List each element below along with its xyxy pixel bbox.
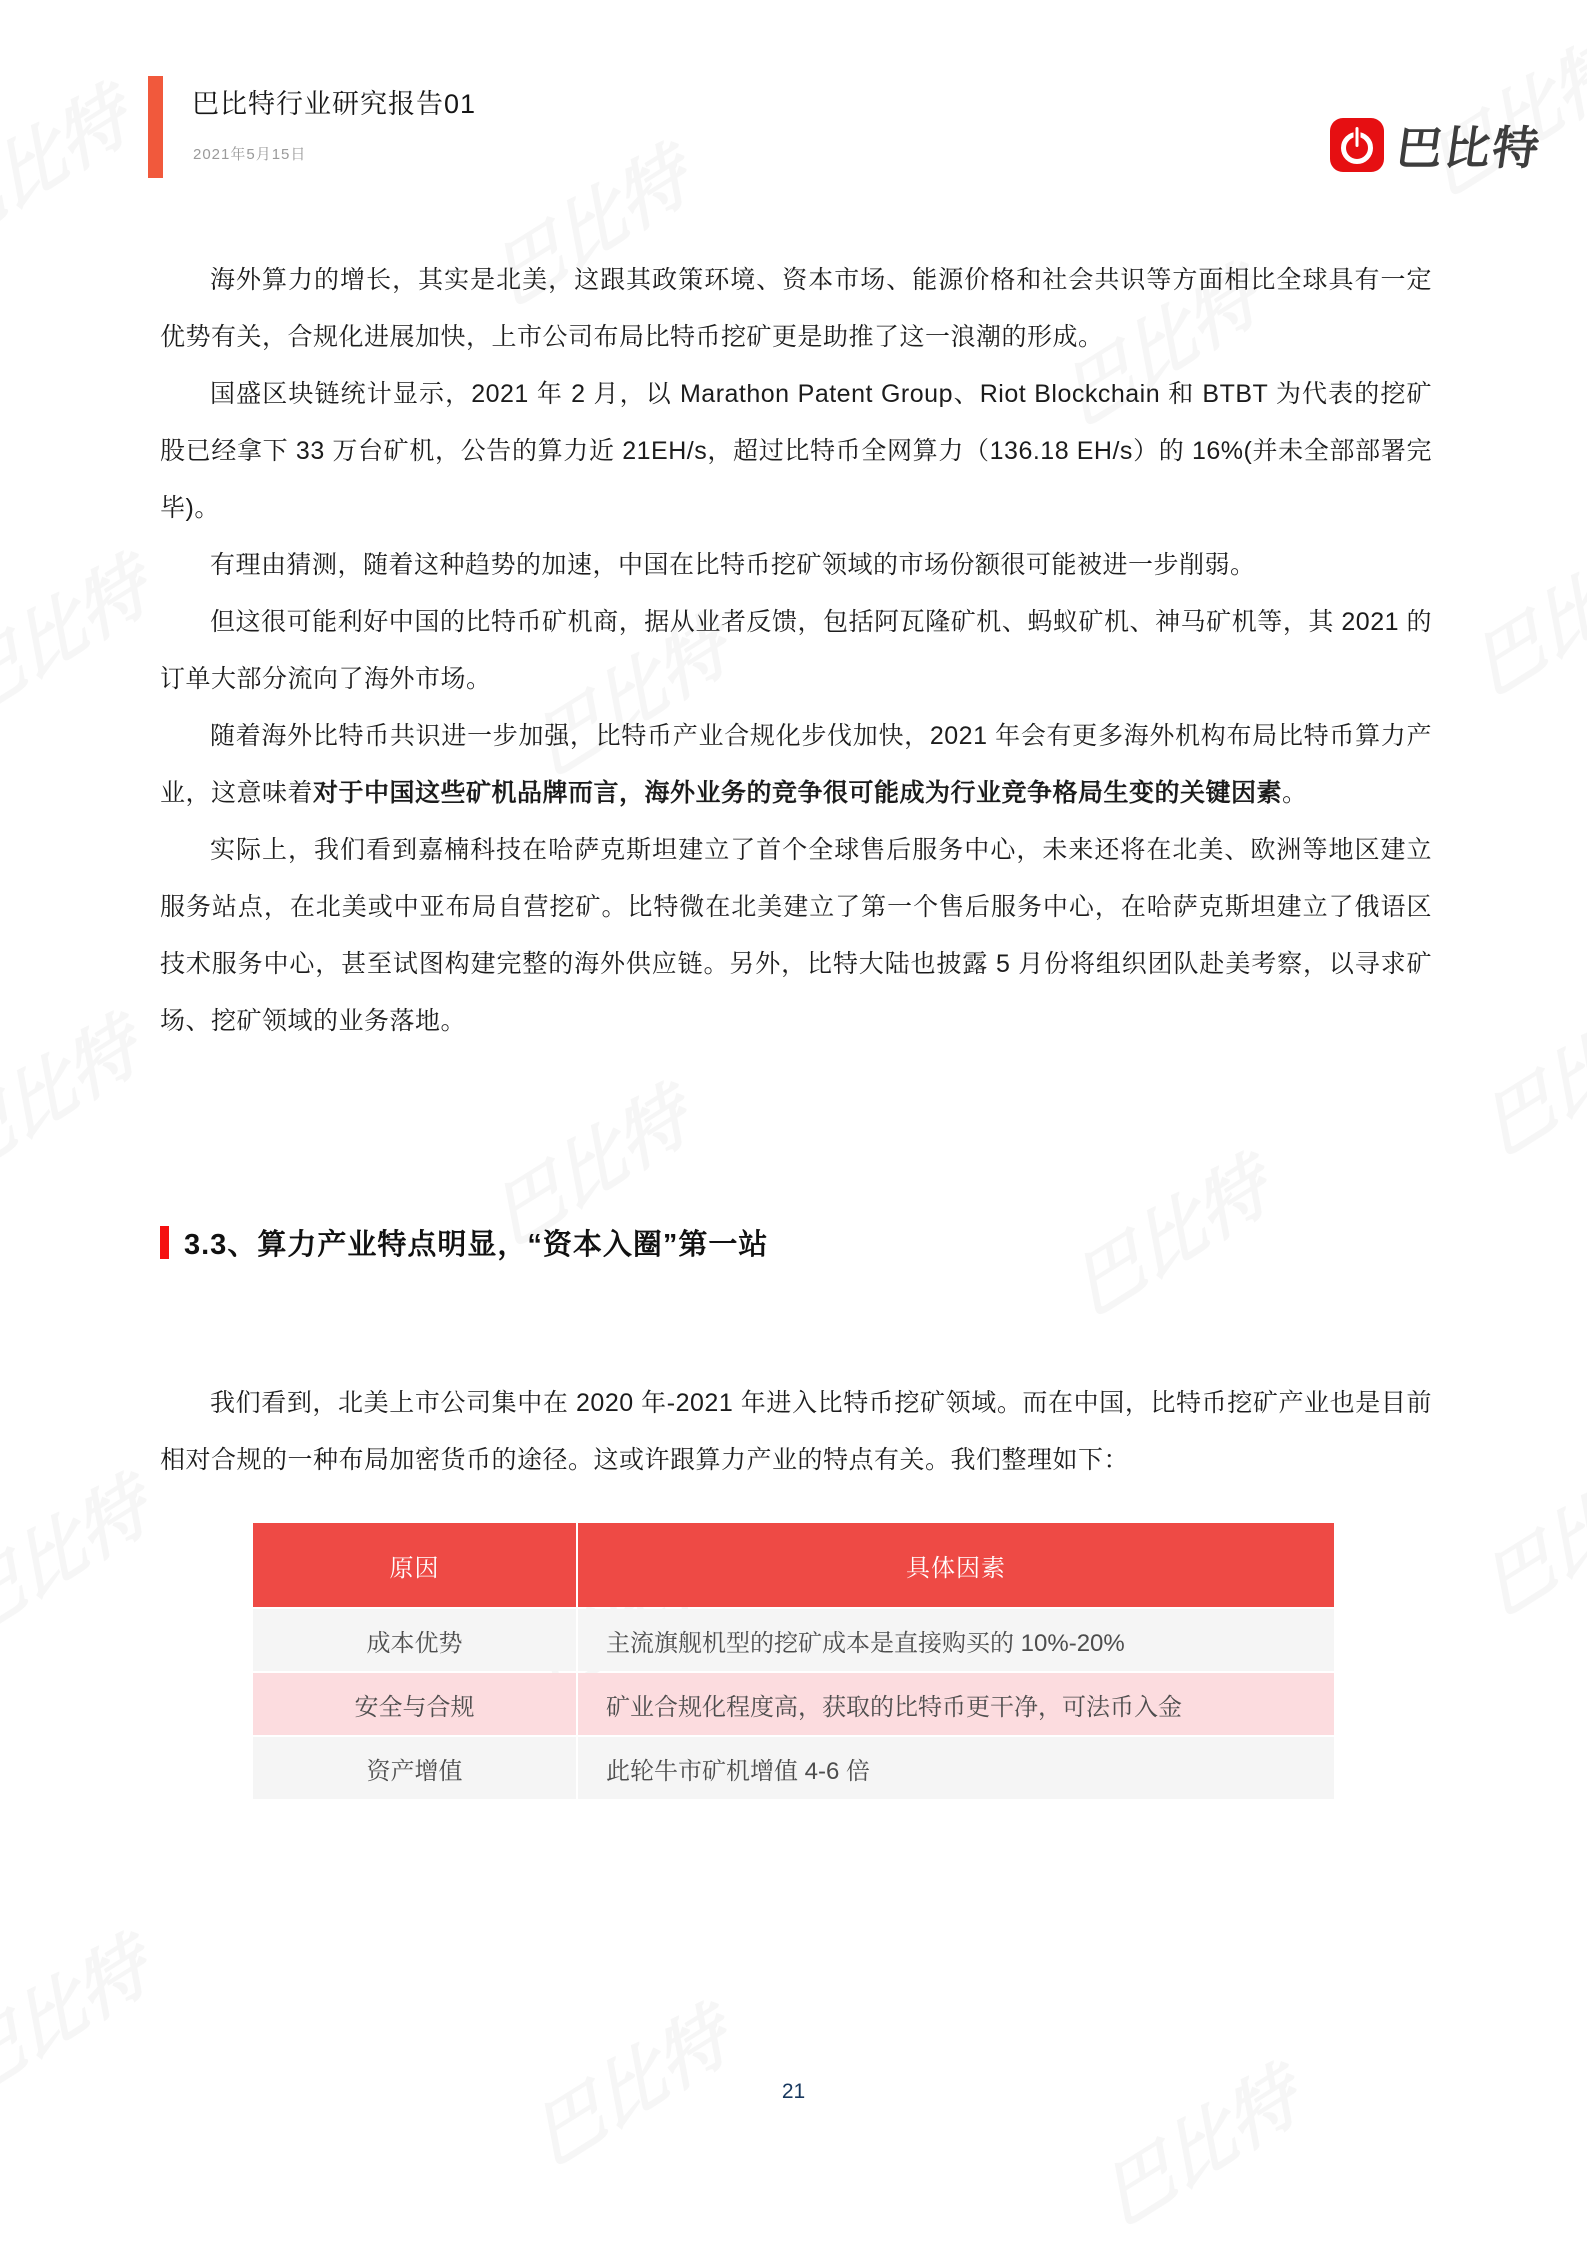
brand-logo: 巴比特	[1329, 112, 1541, 178]
paragraph-bold-text: 对于中国这些矿机品牌而言，海外业务的竞争很可能成为行业竞争格局生变的关键因素	[313, 779, 1282, 807]
section-heading: 3.3、算力产业特点明显，“资本入圈”第一站	[160, 1222, 1432, 1263]
brand-watermark: 巴比特	[0, 57, 141, 267]
brand-watermark: 巴比特	[0, 1447, 161, 1657]
paragraph-text: 。	[1282, 779, 1308, 807]
brand-watermark: 巴比特	[1465, 1427, 1587, 1637]
table-header-factors: 具体因素	[578, 1523, 1334, 1607]
factors-table: 原因 具体因素 成本优势 主流旗舰机型的挖矿成本是直接购买的 10%-20% 安…	[253, 1521, 1334, 1801]
report-title: 巴比特行业研究报告01	[192, 82, 476, 121]
report-date: 2021年5月15日	[193, 143, 306, 164]
table-cell-factor: 主流旗舰机型的挖矿成本是直接购买的 10%-20%	[578, 1609, 1334, 1671]
paragraph: 但这很可能利好中国的比特币矿机商，据从业者反馈，包括阿瓦隆矿机、蚂蚁矿机、神马矿…	[160, 594, 1432, 708]
brand-watermark: 巴比特	[0, 527, 161, 737]
header-accent-bar	[148, 76, 163, 178]
paragraph: 实际上，我们看到嘉楠科技在哈萨克斯坦建立了首个全球售后服务中心，未来还将在北美、…	[160, 822, 1432, 1050]
section-accent-bar	[160, 1226, 169, 1259]
table-header-row: 原因 具体因素	[253, 1523, 1334, 1607]
report-page: { "header": { "title": "巴比特行业研究报告01", "d…	[0, 0, 1587, 2245]
table-cell-factor: 此轮牛市矿机增值 4-6 倍	[578, 1737, 1334, 1799]
brand-watermark: 巴比特	[1085, 2037, 1311, 2245]
table-row: 资产增值 此轮牛市矿机增值 4-6 倍	[253, 1737, 1334, 1799]
table-cell-reason: 资产增值	[253, 1737, 578, 1799]
paragraph: 随着海外比特币共识进一步加强，比特币产业合规化步伐加快，2021 年会有更多海外…	[160, 708, 1432, 822]
document-body: 海外算力的增长，其实是北美，这跟其政策环境、资本市场、能源价格和社会共识等方面相…	[160, 252, 1432, 1801]
brand-logo-text: 巴比特	[1392, 112, 1545, 178]
brand-watermark: 巴比特	[1465, 967, 1587, 1177]
brand-watermark: 巴比特	[0, 987, 151, 1197]
table-cell-reason: 成本优势	[253, 1609, 578, 1671]
table-cell-reason: 安全与合规	[253, 1673, 578, 1735]
section-title: 3.3、算力产业特点明显，“资本入圈”第一站	[184, 1222, 768, 1263]
table-row: 安全与合规 矿业合规化程度高，获取的比特币更干净，可法币入金	[253, 1673, 1334, 1735]
brand-watermark: 巴比特	[1455, 507, 1587, 717]
paragraph: 国盛区块链统计显示，2021 年 2 月，以 Marathon Patent G…	[160, 366, 1432, 537]
table-cell-factor: 矿业合规化程度高，获取的比特币更干净，可法币入金	[578, 1673, 1334, 1735]
table-header-reason: 原因	[253, 1523, 578, 1607]
paragraph: 我们看到，北美上市公司集中在 2020 年-2021 年进入比特币挖矿领域。而在…	[160, 1375, 1432, 1489]
paragraph: 有理由猜测，随着这种趋势的加速，中国在比特币挖矿领域的市场份额很可能被进一步削弱…	[160, 537, 1432, 594]
table-row: 成本优势 主流旗舰机型的挖矿成本是直接购买的 10%-20%	[253, 1609, 1334, 1671]
brand-logo-icon	[1329, 117, 1385, 173]
paragraph: 海外算力的增长，其实是北美，这跟其政策环境、资本市场、能源价格和社会共识等方面相…	[160, 252, 1432, 366]
page-number: 21	[0, 2080, 1587, 2104]
